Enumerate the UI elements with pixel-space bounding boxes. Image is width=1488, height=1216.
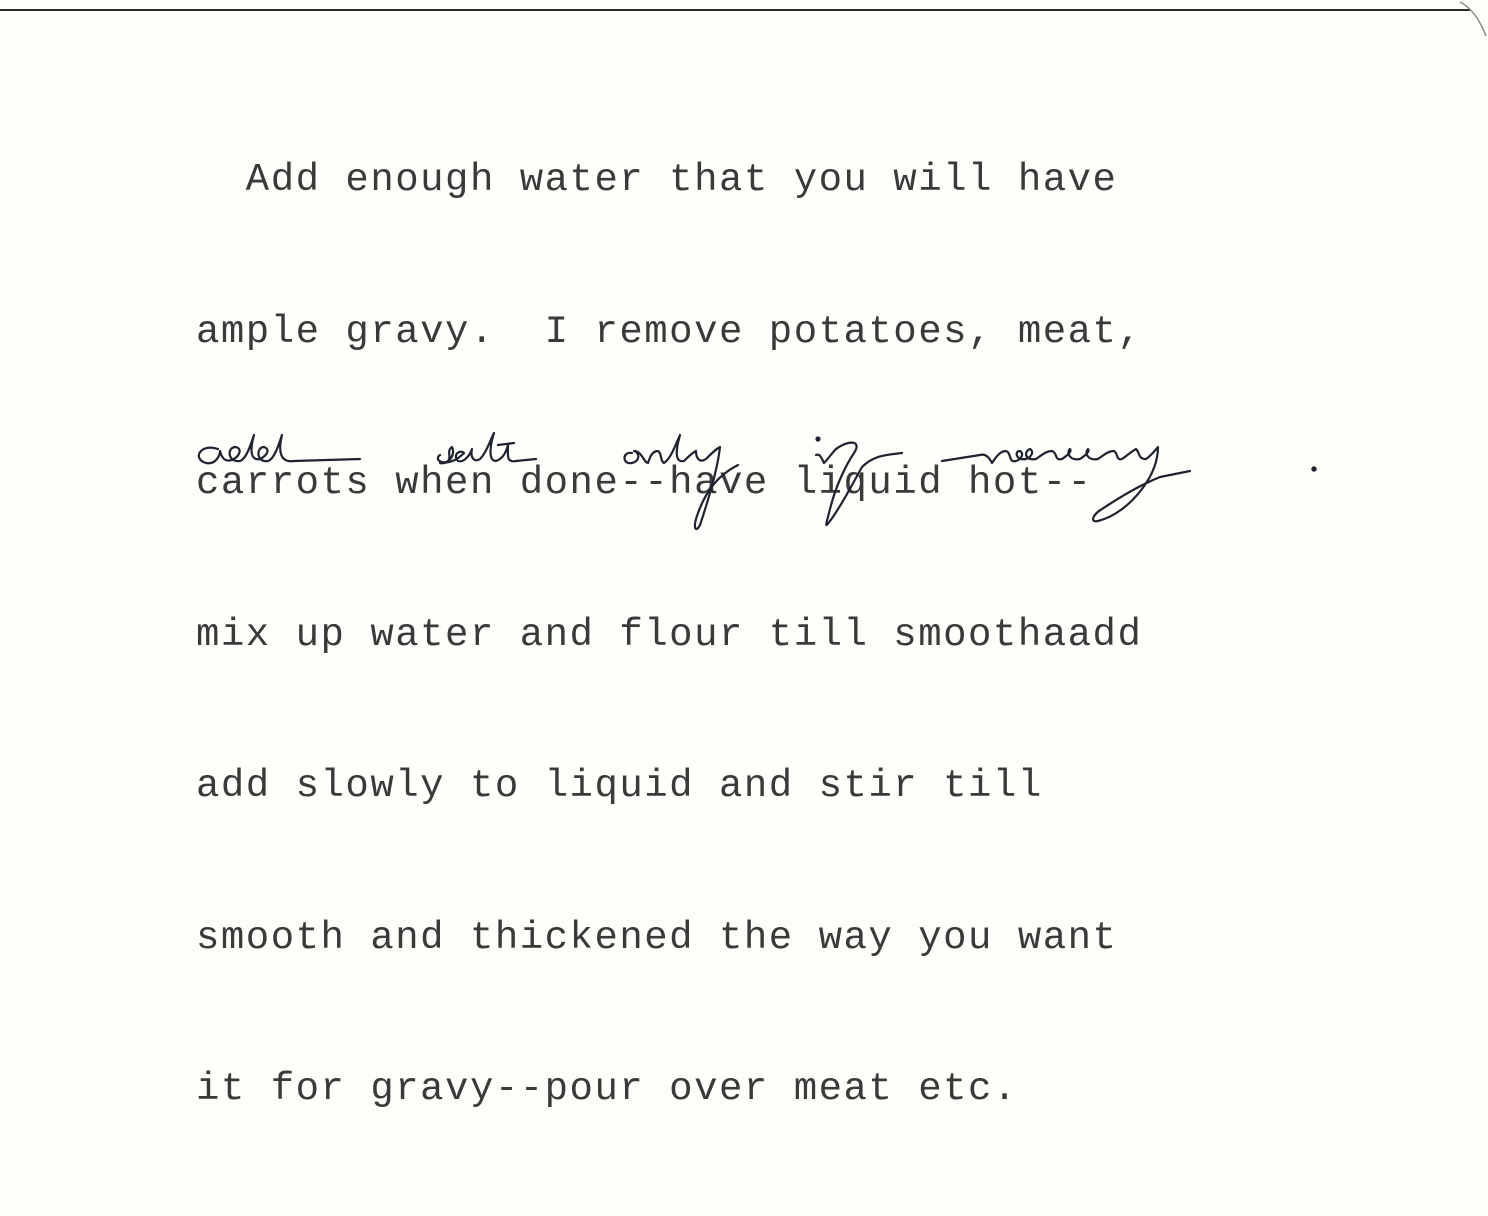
corner-curl-decoration xyxy=(1458,0,1488,40)
handwritten-note: add salt only if necessary. xyxy=(190,425,1380,545)
card-top-edge xyxy=(0,9,1470,11)
typed-line: ample gravy. I remove potatoes, meat, xyxy=(196,307,1142,358)
typed-line: mix up water and flour till smoothaadd xyxy=(196,610,1142,661)
typed-line: add slowly to liquid and stir till xyxy=(196,761,1142,812)
recipe-card: Add enough water that you will have ampl… xyxy=(0,0,1488,912)
handwriting-strokes xyxy=(190,425,1380,545)
typed-line: Add enough water that you will have xyxy=(196,155,1142,206)
